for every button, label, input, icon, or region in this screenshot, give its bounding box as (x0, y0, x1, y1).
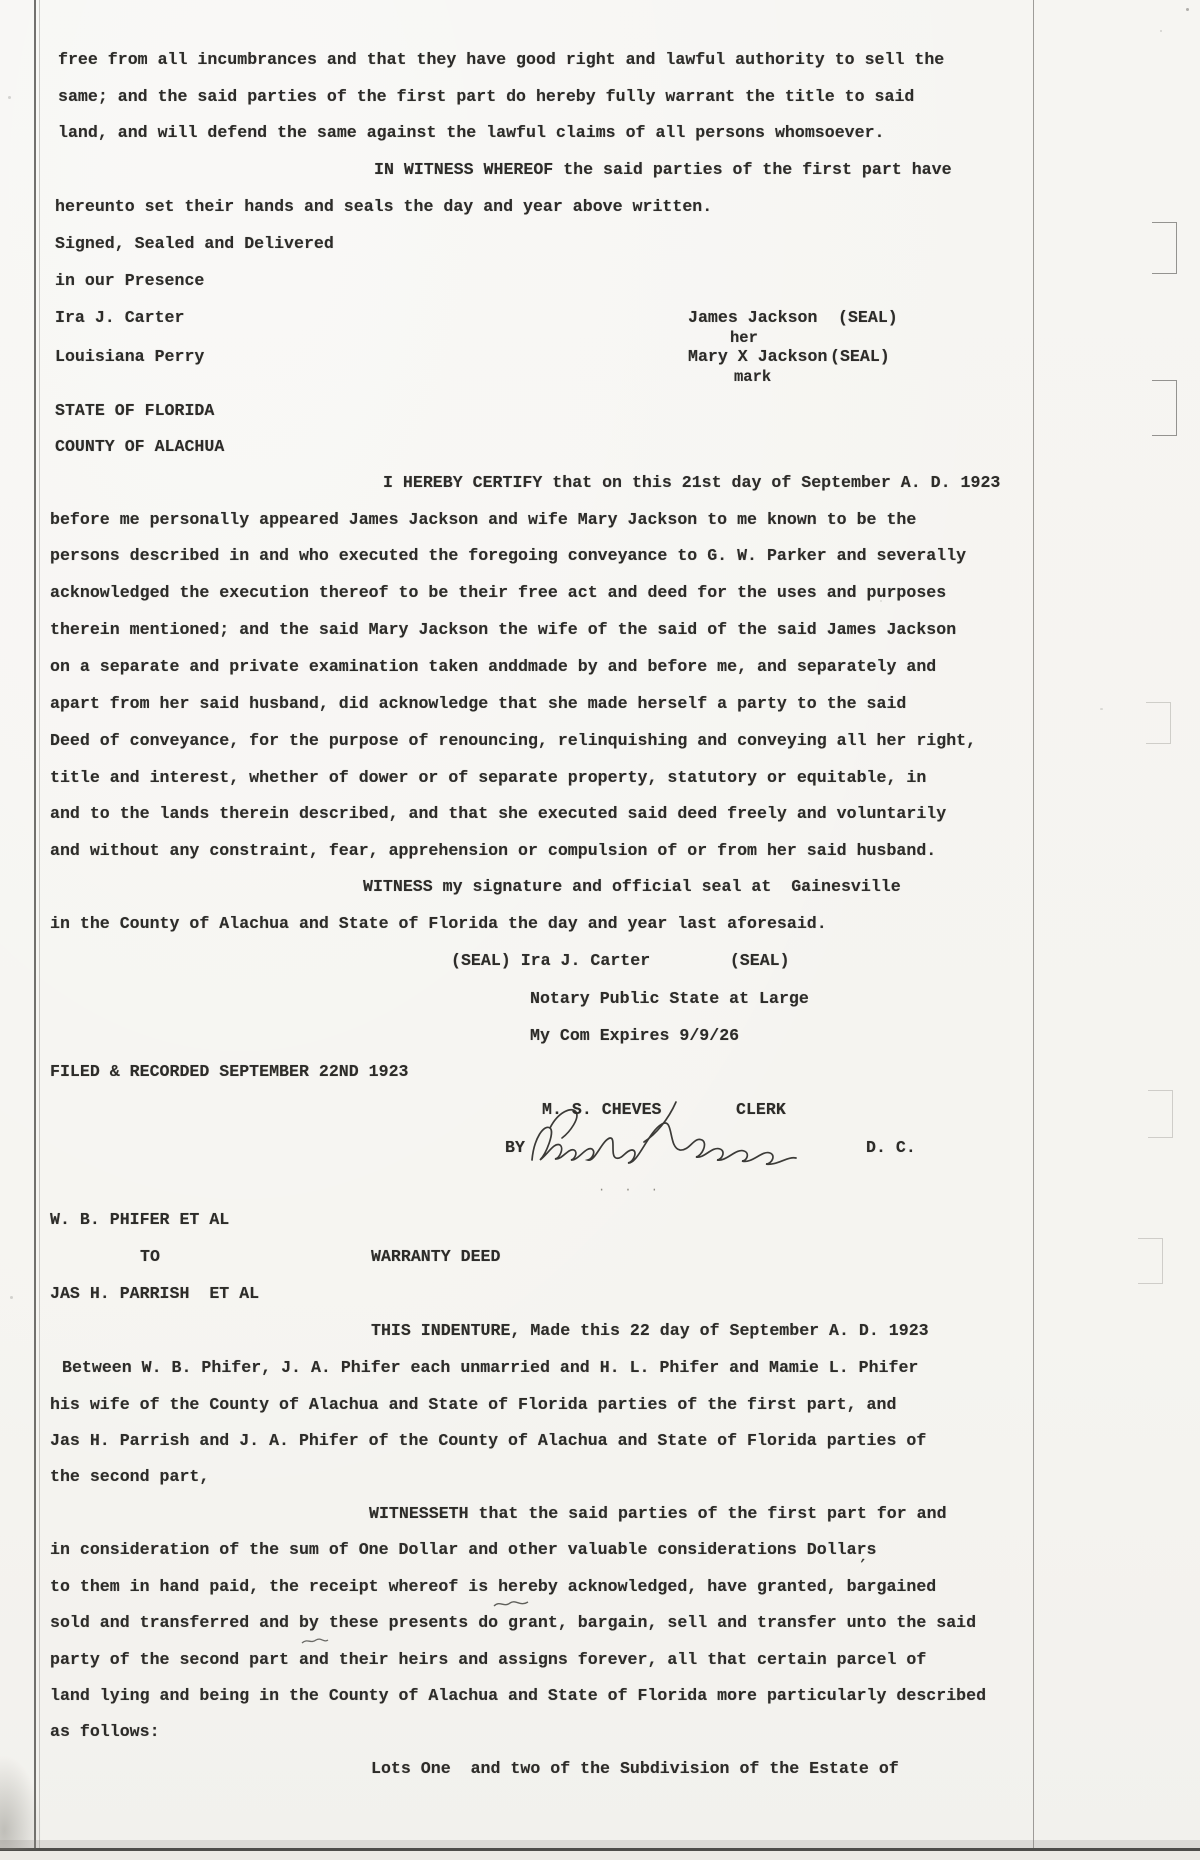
deed-text-line: same; and the said parties of the first … (58, 87, 914, 107)
acknowledgment-line: on a separate and private examination ta… (50, 657, 936, 677)
scan-speck (1160, 30, 1162, 32)
margin-bracket-mark (1146, 702, 1171, 744)
attestation-heading: in our Presence (55, 271, 204, 291)
acknowledgment-line: apart from her said husband, did acknowl… (50, 694, 906, 714)
seal-label: (SEAL) (830, 347, 890, 367)
margin-bracket-mark (1152, 380, 1177, 436)
deed-text-line: Jas H. Parrish and J. A. Phifer of the C… (50, 1431, 926, 1451)
deed-text-line: THIS INDENTURE, Made this 22 day of Sept… (371, 1321, 929, 1341)
deed-text-line: the second part, (50, 1467, 209, 1487)
acknowledgment-line: and to the lands therein described, and … (50, 804, 946, 824)
notary-title: Notary Public State at Large (530, 989, 809, 1009)
deed-text-line: his wife of the County of Alachua and St… (50, 1395, 896, 1415)
margin-bracket-mark (1148, 1090, 1173, 1138)
ink-dots: · · · (598, 1184, 664, 1196)
deed-text-line: as follows: (50, 1722, 160, 1742)
left-margin-rule (34, 0, 36, 1852)
acknowledgment-line: I HEREBY CERTIFY that on this 21st day o… (383, 473, 1000, 493)
ink-squiggle (492, 1598, 532, 1610)
deed-text-line: in consideration of the sum of One Dolla… (50, 1540, 877, 1560)
instrument-title: WARRANTY DEED (371, 1247, 500, 1267)
scan-speck (1100, 708, 1103, 710)
acknowledgment-line: and without any constraint, fear, appreh… (50, 841, 936, 861)
deed-text-line: to them in hand paid, the receipt whereo… (50, 1577, 936, 1597)
deputy-clerk-label: D. C. (866, 1138, 916, 1158)
deed-text-line: land lying and being in the County of Al… (50, 1686, 986, 1706)
grantor-name: Mary X Jackson (688, 347, 827, 367)
margin-bracket-mark (1152, 222, 1177, 274)
corner-smudge (0, 1755, 42, 1850)
scan-speck (1186, 8, 1189, 11)
right-margin-rule (1033, 0, 1034, 1852)
caption-to-label: TO (140, 1247, 160, 1267)
her-mark-label: her (730, 328, 758, 348)
scan-speck (8, 96, 11, 99)
notary-commission: My Com Expires 9/9/26 (530, 1026, 739, 1046)
her-mark-label: mark (734, 367, 771, 387)
acknowledgment-line: before me personally appeared James Jack… (50, 510, 916, 530)
margin-bracket-mark (1138, 1238, 1163, 1284)
grantor-name: James Jackson (688, 308, 817, 328)
scanned-deed-page: free from all incumbrances and that they… (0, 0, 1200, 1860)
seal-label: (SEAL) (838, 308, 898, 328)
acknowledgment-line: Deed of conveyance, for the purpose of r… (50, 731, 976, 751)
deed-text-line: land, and will defend the same against t… (58, 123, 885, 143)
deed-text-line: WITNESSETH that the said parties of the … (369, 1504, 947, 1524)
acknowledgment-line: title and interest, whether of dower or … (50, 768, 926, 788)
clerk-deputy-signature (498, 1098, 818, 1183)
left-margin-rule-faint (39, 0, 40, 1852)
notary-seal-signature: (SEAL) Ira J. Carter (SEAL) (451, 951, 790, 971)
witness-name: Ira J. Carter (55, 308, 184, 328)
deed-text-line: party of the second part and their heirs… (50, 1650, 926, 1670)
deed-text-line: IN WITNESS WHEREOF the said parties of t… (374, 160, 952, 180)
filed-recorded-line: FILED & RECORDED SEPTEMBER 22ND 1923 (50, 1062, 408, 1082)
bottom-smudge-band (0, 1840, 1200, 1848)
state-line: STATE OF FLORIDA (55, 401, 214, 421)
attestation-heading: Signed, Sealed and Delivered (55, 234, 334, 254)
legal-description-line: Lots One and two of the Subdivision of t… (371, 1759, 899, 1779)
ink-squiggle (300, 1636, 330, 1646)
acknowledgment-line: in the County of Alachua and State of Fl… (50, 914, 827, 934)
witness-name: Louisiana Perry (55, 347, 204, 367)
acknowledgment-line: persons described in and who executed th… (50, 546, 966, 566)
deed-text-line: Between W. B. Phifer, J. A. Phifer each … (62, 1358, 918, 1378)
scan-speck (10, 1296, 13, 1299)
bottom-edge-band (0, 1851, 1200, 1860)
deed-text-line: free from all incumbrances and that they… (58, 50, 944, 70)
deed-text-line: sold and transferred and by these presen… (50, 1613, 976, 1633)
acknowledgment-line: acknowledged the execution thereof to be… (50, 583, 946, 603)
acknowledgment-line: therein mentioned; and the said Mary Jac… (50, 620, 956, 640)
caption-grantor: W. B. PHIFER ET AL (50, 1210, 229, 1230)
caption-grantee: JAS H. PARRISH ET AL (50, 1284, 259, 1304)
acknowledgment-line: WITNESS my signature and official seal a… (363, 877, 901, 897)
deed-text-line: hereunto set their hands and seals the d… (55, 197, 712, 217)
county-line: COUNTY OF ALACHUA (55, 437, 224, 457)
